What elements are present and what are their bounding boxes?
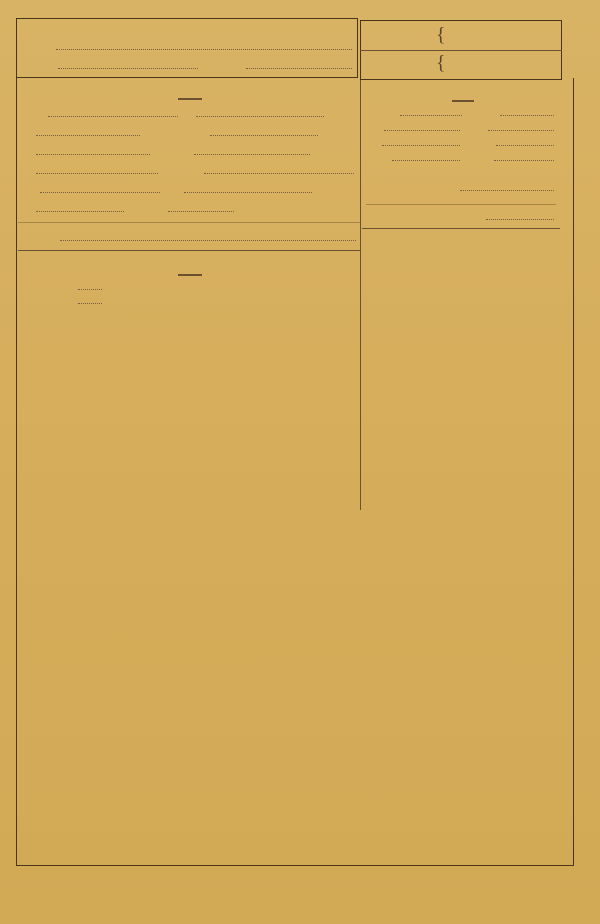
main-frame — [16, 78, 574, 866]
identity-box — [16, 18, 358, 78]
